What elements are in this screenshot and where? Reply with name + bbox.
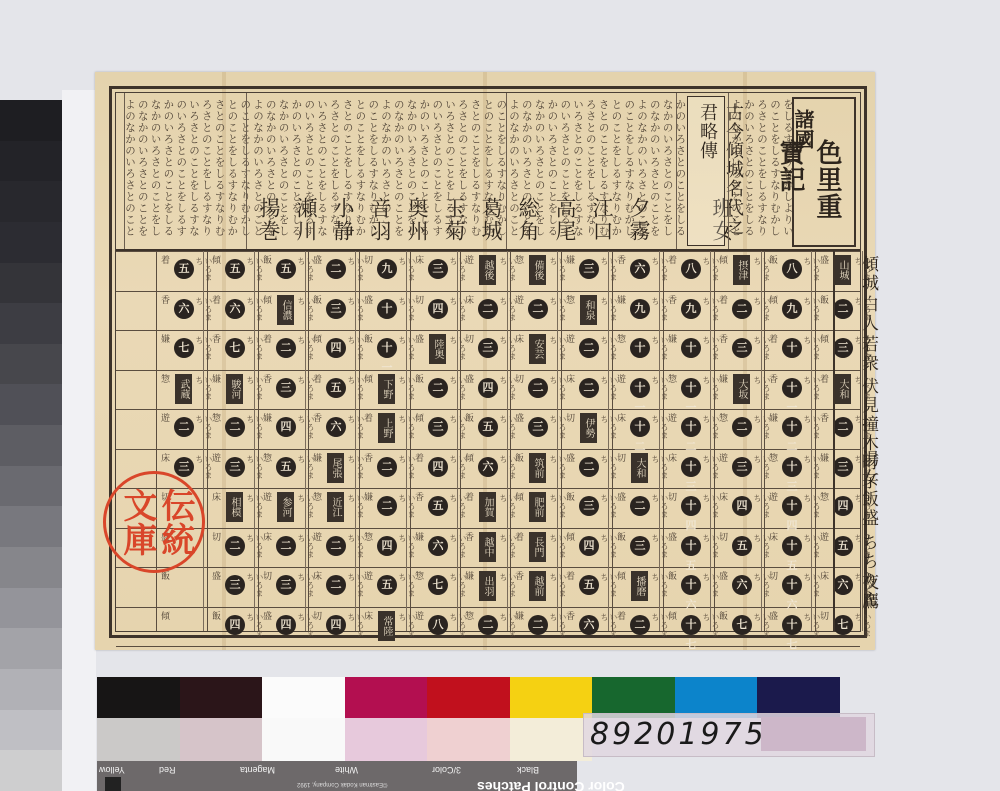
- district-annotation: いろまち: [246, 257, 264, 287]
- numbered-circle-badge: 五: [833, 536, 853, 556]
- handwritten-text-column: のことをしるすなりむかしよりいまにいたるまでけいせいのなだかきものどもをあつめて…: [623, 99, 635, 243]
- numbered-circle-badge: 三: [276, 575, 296, 595]
- district-annotation: いろまち: [702, 415, 720, 445]
- patch-label: Magenta: [240, 765, 275, 775]
- province-name-box: 信濃: [277, 295, 294, 325]
- color-patch: [592, 677, 675, 718]
- numbered-circle-badge: 十二: [630, 417, 650, 437]
- district-annotation: いろまち: [195, 455, 213, 485]
- numbered-circle-badge: 三: [528, 417, 548, 437]
- numbered-circle-badge: 四: [276, 615, 296, 635]
- numbered-circle-badge: 五: [276, 457, 296, 477]
- district-annotation: いろまち: [702, 297, 720, 327]
- handwritten-text-column: いろさとのことをしるすなりむかしよりいまにいたるまでけいせいのなだかきものどもを…: [444, 99, 456, 243]
- numbered-circle-badge: 二: [174, 417, 194, 437]
- cell-category-label: 香: [159, 295, 168, 304]
- catalog-number-strip: 89201975: [583, 713, 875, 757]
- handwritten-text-column: かのいろさとのことをしるすなりむかしよりいまにいたるまでけいせいのなだかきものど…: [418, 99, 430, 243]
- numbered-circle-badge: 二: [732, 417, 752, 437]
- province-name-box: 尾張: [327, 453, 344, 483]
- numbered-circle-badge: 二: [478, 615, 498, 635]
- district-annotation: いろまち: [449, 376, 467, 406]
- district-annotation: いろまち: [499, 376, 517, 406]
- province-name-box: 加賀: [479, 492, 496, 522]
- kodak-logo-icon: [105, 777, 121, 791]
- color-patch: [757, 677, 840, 718]
- numbered-circle-badge: 十四: [782, 496, 802, 516]
- district-annotation: いろまち: [297, 297, 315, 327]
- numbered-circle-badge: 三: [174, 457, 194, 477]
- handwritten-text-column: よのなかのいろさとのことをしるすなりむかしよりいまにいたるまでけいせいのなだかき…: [730, 99, 742, 243]
- cell-category-label: 着: [159, 255, 168, 264]
- numbered-circle-badge: 三: [833, 457, 853, 477]
- numbered-circle-badge: 二: [326, 575, 346, 595]
- title-cartouche: 諸國 色里重寶記: [792, 97, 856, 247]
- district-annotation: いろまち: [600, 297, 618, 327]
- district-annotation: いろまち: [246, 573, 264, 603]
- district-annotation: いろまち: [398, 534, 416, 564]
- province-name-box: 摂津: [733, 255, 750, 285]
- handwritten-text-column: ろさとのことをしるすなりむかしよりいまにいたるまでけいせいのなだかきものどもをあ…: [329, 99, 341, 243]
- handwritten-text-column: なかのいろさとのことをしるすなりむかしよりいまにいたるまでけいせいのなだかきもの…: [278, 99, 290, 243]
- numbered-circle-badge: 二: [732, 299, 752, 319]
- numbered-circle-badge: 二: [833, 299, 853, 319]
- district-annotation: いろまち: [753, 376, 771, 406]
- district-annotation: いろまち: [499, 257, 517, 287]
- numbered-circle-badge: 九: [377, 259, 397, 279]
- district-annotation: いろまち: [600, 336, 618, 366]
- province-name-box: 陸奥: [429, 334, 446, 364]
- district-annotation: いろまち: [449, 297, 467, 327]
- numbered-circle-badge: 二: [579, 457, 599, 477]
- district-annotation: いろまち: [549, 455, 567, 485]
- row-rule: [116, 291, 860, 292]
- numbered-circle-badge: 六: [428, 536, 448, 556]
- district-annotation: いろまち: [499, 336, 517, 366]
- province-name-box: 越中: [479, 532, 496, 562]
- gray-step: [0, 628, 62, 669]
- color-patch: [427, 677, 510, 718]
- cell-category-label: 床: [210, 492, 219, 501]
- gray-step: [0, 669, 62, 710]
- handwritten-text-column: よのなかのいろさとのことをしるすなりむかしよりいまにいたるまでけいせいのなだかき…: [252, 99, 264, 243]
- numbered-circle-badge: 三: [276, 378, 296, 398]
- district-annotation: いろまち: [398, 494, 416, 524]
- district-annotation: いろまち: [347, 376, 365, 406]
- district-annotation: いろまち: [600, 494, 618, 524]
- numbered-circle-badge: 四: [428, 299, 448, 319]
- district-annotation: いろまち: [398, 297, 416, 327]
- grayscale-target: [0, 100, 62, 791]
- district-annotation: いろまち: [549, 613, 567, 643]
- numbered-circle-badge: 二: [276, 536, 296, 556]
- cell-category-label: 切: [210, 532, 219, 541]
- district-annotation: いろまち: [449, 257, 467, 287]
- numbered-circle-badge: 四: [428, 457, 448, 477]
- district-annotation: いろまち: [398, 573, 416, 603]
- numbered-circle-badge: 二: [528, 378, 548, 398]
- district-annotation: いろまち: [297, 415, 315, 445]
- province-name-box: 常陸: [378, 611, 395, 641]
- district-annotation: いろまち: [803, 494, 821, 524]
- numbered-circle-badge: 二: [579, 338, 599, 358]
- kodak-copyright: ©Eastman Kodak Company, 1992: [297, 781, 387, 787]
- category-name: 飯盛: [856, 490, 881, 528]
- district-annotation: いろまち: [347, 613, 365, 643]
- numbered-circle-badge: 七: [732, 615, 752, 635]
- handwritten-text-column: なかのいろさとのことをしるすなりむかしよりいまにいたるまでけいせいのなだかきもの…: [406, 99, 418, 243]
- province-name-box: 肥前: [529, 492, 546, 522]
- numbered-circle-badge: 十一: [630, 378, 650, 398]
- handwritten-text-column: のなかのいろさとのことをしるすなりむかしよりいまにいたるまでけいせいのなだかきも…: [393, 99, 405, 243]
- numbered-circle-badge: 五: [579, 575, 599, 595]
- handwritten-text-column: よのなかのいろさとのことをしるすなりむかしよりいまにいたるまでけいせいのなだかき…: [124, 99, 136, 243]
- district-annotation: いろまち: [651, 573, 669, 603]
- district-annotation: いろまち: [398, 415, 416, 445]
- handwritten-text-column: いろさとのことをしるすなりむかしよりいまにいたるまでけいせいのなだかきものどもを…: [572, 99, 584, 243]
- numbered-circle-badge: 二: [326, 259, 346, 279]
- numbered-circle-badge: 三: [225, 575, 245, 595]
- gray-step: [0, 750, 62, 791]
- color-patch: [97, 677, 180, 718]
- patch-label: White: [335, 765, 358, 775]
- district-annotation: いろまち: [702, 336, 720, 366]
- tint-patch: [180, 718, 263, 761]
- district-annotation: いろまち: [347, 494, 365, 524]
- text-block: 班女夕霧江口高尾総角葛城玉菊奥州音羽小静瀬川揚巻 古今傾城名代之君略傳 諸國 色…: [116, 93, 860, 251]
- color-patch: [675, 677, 758, 718]
- district-annotation: いろまち: [753, 573, 771, 603]
- district-annotation: いろまち: [499, 415, 517, 445]
- category-name: 夜鷹: [856, 573, 881, 611]
- row-rule: [116, 646, 860, 647]
- district-annotation: いろまち: [803, 376, 821, 406]
- numbered-circle-badge: 二: [276, 338, 296, 358]
- district-annotation: いろまち: [297, 376, 315, 406]
- row-rule: [116, 370, 860, 371]
- handwritten-text-column: のなかのいろさとのことをしるすなりむかしよりいまにいたるまでけいせいのなだかきも…: [265, 99, 277, 243]
- handwritten-text-column: さとのことをしるすなりむかしよりいまにいたるまでけいせいのなだかきものどもをあつ…: [214, 99, 226, 243]
- district-annotation: いろまち: [600, 415, 618, 445]
- district-annotation: いろまち: [702, 573, 720, 603]
- numbered-circle-badge: 五: [478, 417, 498, 437]
- row-rule: [116, 567, 860, 568]
- handwritten-text-column: なかのいろさとのことをしるすなりむかしよりいまにいたるまでけいせいのなだかきもの…: [150, 99, 162, 243]
- district-annotation: いろまち: [449, 336, 467, 366]
- handwritten-text-column: ろさとのことをしるすなりむかしよりいまにいたるまでけいせいのなだかきものどもをあ…: [201, 99, 213, 243]
- numbered-circle-badge: 十: [681, 338, 701, 358]
- numbered-circle-badge: 五: [428, 496, 448, 516]
- district-annotation: いろまち: [549, 534, 567, 564]
- district-annotation: いろまち: [803, 336, 821, 366]
- numbered-circle-badge: 九: [782, 299, 802, 319]
- numbered-circle-badge: 十四: [681, 496, 701, 516]
- district-annotation: いろまち: [246, 494, 264, 524]
- column-rule: [124, 93, 125, 249]
- color-patch: [262, 677, 345, 718]
- cell-category-label: 遊: [159, 413, 168, 422]
- handwritten-text-column: よのなかのいろさとのことをしるすなりむかしよりいまにいたるまでけいせいのなだかき…: [508, 99, 520, 243]
- patch-label: Red: [159, 765, 176, 775]
- province-name-box: 武蔵: [175, 374, 192, 404]
- numbered-circle-badge: 四: [732, 496, 752, 516]
- numbered-circle-badge: 八: [681, 259, 701, 279]
- row-rule: [116, 607, 860, 608]
- district-annotation: いろまち: [246, 336, 264, 366]
- cell-category-label: 盛: [210, 571, 219, 580]
- handwritten-text-column: のいろさとのことをしるすなりむかしよりいまにいたるまでけいせいのなだかきものども…: [303, 99, 315, 243]
- district-annotation: いろまち: [803, 613, 821, 643]
- province-name-box: 伊勢: [580, 413, 597, 443]
- handwritten-text-column: かのいろさとのことをしるすなりむかしよりいまにいたるまでけいせいのなだかきものど…: [290, 99, 302, 243]
- district-annotation: いろまち: [499, 494, 517, 524]
- province-name-box: 相模: [226, 492, 243, 522]
- numbered-circle-badge: 二: [478, 299, 498, 319]
- district-annotation: いろまち: [702, 376, 720, 406]
- district-annotation: いろまち: [398, 455, 416, 485]
- handwritten-text-column: のなかのいろさとのことをしるすなりむかしよりいまにいたるまでけいせいのなだかきも…: [521, 99, 533, 243]
- numbered-circle-badge: 十七: [681, 615, 701, 635]
- district-annotation: いろまち: [449, 534, 467, 564]
- numbered-circle-badge: 三: [732, 457, 752, 477]
- district-annotation: いろまち: [854, 613, 872, 643]
- district-annotation: いろまち: [753, 455, 771, 485]
- row-rule: [116, 528, 860, 529]
- numbered-circle-badge: 二: [428, 378, 448, 398]
- district-annotation: いろまち: [803, 297, 821, 327]
- row-rule: [116, 449, 860, 450]
- district-annotation: いろまち: [753, 297, 771, 327]
- cell-category-label: 惣: [159, 374, 168, 383]
- gray-step: [0, 222, 62, 263]
- column-rule: [246, 93, 247, 249]
- tint-patch: [510, 718, 593, 761]
- gray-step: [0, 181, 62, 222]
- woodblock-print-sheet: 班女夕霧江口高尾総角葛城玉菊奥州音羽小静瀬川揚巻 古今傾城名代之君略傳 諸國 色…: [95, 72, 875, 650]
- numbered-circle-badge: 四: [225, 615, 245, 635]
- province-name-box: 安芸: [529, 334, 546, 364]
- handwritten-text-column: かのいろさとのことをしるすなりむかしよりいまにいたるまでけいせいのなだかきものど…: [743, 99, 755, 243]
- numbered-circle-badge: 十一: [681, 378, 701, 398]
- district-annotation: いろまち: [600, 257, 618, 287]
- numbered-circle-badge: 三: [833, 338, 853, 358]
- numbered-circle-badge: 六: [225, 299, 245, 319]
- district-annotation: いろまち: [246, 534, 264, 564]
- cell-category-label: 嫌: [159, 334, 168, 343]
- district-annotation: いろまち: [449, 494, 467, 524]
- district-annotation: いろまち: [449, 455, 467, 485]
- district-annotation: いろまち: [297, 455, 315, 485]
- district-annotation: いろまち: [702, 613, 720, 643]
- category-name: 白人: [856, 295, 881, 333]
- numbered-circle-badge: 四: [579, 536, 599, 556]
- catalog-number: 89201975: [590, 714, 767, 756]
- district-annotation: いろまち: [347, 297, 365, 327]
- handwritten-text-column: さとのことをしるすなりむかしよりいまにいたるまでけいせいのなだかきものどもをあつ…: [470, 99, 482, 243]
- handwritten-text-column: のなかのいろさとのことをしるすなりむかしよりいまにいたるまでけいせいのなだかきも…: [649, 99, 661, 243]
- handwritten-text-column: さとのことをしるすなりむかしよりいまにいたるまでけいせいのなだかきものどもをあつ…: [598, 99, 610, 243]
- row-rule: [116, 409, 860, 410]
- numbered-circle-badge: 五: [377, 575, 397, 595]
- color-patch: [180, 677, 263, 718]
- district-annotation: いろまち: [246, 376, 264, 406]
- gray-step: [0, 547, 62, 588]
- subtitle-cartouche: 古今傾城名代之君略傳: [687, 96, 725, 246]
- numbered-circle-badge: 十: [630, 338, 650, 358]
- numbered-circle-badge: 十五: [681, 536, 701, 556]
- district-annotation: いろまち: [651, 494, 669, 524]
- numbered-circle-badge: 七: [225, 338, 245, 358]
- district-annotation: いろまち: [297, 494, 315, 524]
- numbered-circle-badge: 五: [276, 259, 296, 279]
- district-annotation: いろまち: [297, 336, 315, 366]
- district-annotation: いろまち: [702, 534, 720, 564]
- column-rule: [833, 251, 835, 631]
- district-annotation: いろまち: [651, 297, 669, 327]
- district-annotation: いろまち: [600, 573, 618, 603]
- patch-title: Color Control Patches: [477, 779, 625, 791]
- district-annotation: いろまち: [195, 297, 213, 327]
- district-annotation: いろまち: [549, 494, 567, 524]
- district-annotation: いろまち: [753, 336, 771, 366]
- numbered-circle-badge: 十: [782, 338, 802, 358]
- category-name: 湯女: [856, 450, 881, 488]
- patch-label: Yellow: [99, 765, 125, 775]
- numbered-circle-badge: 七: [174, 338, 194, 358]
- handwritten-text-column: なかのいろさとのことをしるすなりむかしよりいまにいたるまでけいせいのなだかきもの…: [662, 99, 674, 243]
- district-annotation: いろまち: [600, 376, 618, 406]
- district-annotation: いろまち: [651, 613, 669, 643]
- gray-step: [0, 506, 62, 547]
- numbered-circle-badge: 二: [528, 615, 548, 635]
- handwritten-text-column: いろさとのことをしるすなりむかしよりいまにいたるまでけいせいのなだかきものどもを…: [316, 99, 328, 243]
- mount-board: [62, 90, 96, 791]
- numbered-circle-badge: 十六: [782, 575, 802, 595]
- district-annotation: いろまち: [499, 573, 517, 603]
- district-annotation: いろまち: [297, 613, 315, 643]
- numbered-circle-badge: 八: [428, 615, 448, 635]
- provinces-grid: 盛山城いろまち飯二いろまち傾三いろまち着大和いろまち香二いろまち嫌三いろまち惣四…: [116, 251, 860, 631]
- numbered-circle-badge: 二: [833, 417, 853, 437]
- numbered-circle-badge: 四: [478, 378, 498, 398]
- numbered-circle-badge: 二: [528, 299, 548, 319]
- district-annotation: いろまち: [651, 534, 669, 564]
- district-annotation: いろまち: [297, 257, 315, 287]
- district-annotation: いろまち: [753, 257, 771, 287]
- cell-category-label: 飯: [210, 611, 219, 620]
- numbered-circle-badge: 五: [732, 536, 752, 556]
- numbered-circle-badge: 六: [326, 417, 346, 437]
- numbered-circle-badge: 二: [377, 457, 397, 477]
- numbered-circle-badge: 三: [428, 259, 448, 279]
- gray-step: [0, 384, 62, 425]
- district-annotation: いろまち: [246, 297, 264, 327]
- handwritten-text-column: よのなかのいろさとのことをしるすなりむかしよりいまにいたるまでけいせいのなだかき…: [380, 99, 392, 243]
- province-name-box: 上野: [378, 413, 395, 443]
- red-collector-seal: 伝統文庫: [103, 471, 205, 573]
- province-name-box: 山城: [834, 255, 851, 285]
- tint-patch: [97, 718, 180, 761]
- handwritten-text-column: かのいろさとのことをしるすなりむかしよりいまにいたるまでけいせいのなだかきものど…: [546, 99, 558, 243]
- numbered-circle-badge: 七: [428, 575, 448, 595]
- district-annotation: いろまち: [651, 376, 669, 406]
- gray-step: [0, 100, 62, 141]
- numbered-circle-badge: 六: [174, 299, 194, 319]
- numbered-circle-badge: 十一: [782, 378, 802, 398]
- district-annotation: いろまち: [398, 613, 416, 643]
- numbered-circle-badge: 九: [681, 299, 701, 319]
- column-rule: [676, 93, 677, 249]
- patch-label: Black: [517, 765, 539, 775]
- handwritten-text-column: かのいろさとのことをしるすなりむかしよりいまにいたるまでけいせいのなだかきものど…: [162, 99, 174, 243]
- district-annotation: いろまち: [803, 573, 821, 603]
- gray-step: [0, 344, 62, 385]
- district-annotation: いろまち: [449, 573, 467, 603]
- province-name-box: 播磨: [631, 571, 648, 601]
- province-name-box: 参河: [277, 492, 294, 522]
- handwritten-text-column: とのことをしるすなりむかしよりいまにいたるまでけいせいのなだかきものどもをあつめ…: [610, 99, 622, 243]
- color-patch: [345, 677, 428, 718]
- handwritten-text-column: をしるすなりむかしよりいまにいたるまでけいせいのなだかきものどもをあつめてよのな…: [782, 99, 794, 243]
- numbered-circle-badge: 四: [377, 536, 397, 556]
- gray-step: [0, 425, 62, 466]
- district-annotation: いろまち: [246, 415, 264, 445]
- numbered-circle-badge: 四: [326, 615, 346, 635]
- district-annotation: いろまち: [702, 455, 720, 485]
- gray-step: [0, 263, 62, 304]
- district-annotation: いろまち: [347, 257, 365, 287]
- numbered-circle-badge: 十一: [377, 338, 397, 358]
- district-annotation: いろまち: [803, 455, 821, 485]
- cell-category-label: 床: [159, 453, 168, 462]
- handwritten-text-column: のいろさとのことをしるすなりむかしよりいまにいたるまでけいせいのなだかきものども…: [431, 99, 443, 243]
- gray-step: [0, 466, 62, 507]
- numbered-circle-badge: 三: [732, 338, 752, 358]
- numbered-circle-badge: 十六: [681, 575, 701, 595]
- district-annotation: いろまち: [651, 336, 669, 366]
- province-name-box: 筑前: [529, 453, 546, 483]
- handwritten-text-column: のことをしるすなりむかしよりいまにいたるまでけいせいのなだかきものどもをあつめて…: [769, 99, 781, 243]
- gray-step: [0, 710, 62, 751]
- handwritten-text-column: のいろさとのことをしるすなりむかしよりいまにいたるまでけいせいのなだかきものども…: [175, 99, 187, 243]
- cell-category-label: 傾: [159, 611, 168, 620]
- district-annotation: いろまち: [600, 455, 618, 485]
- numbered-circle-badge: 二: [630, 615, 650, 635]
- row-rule: [116, 251, 860, 252]
- province-name-box: 備後: [529, 255, 546, 285]
- numbered-circle-badge: 二: [630, 496, 650, 516]
- district-annotation: いろまち: [549, 415, 567, 445]
- district-annotation: いろまち: [549, 257, 567, 287]
- numbered-circle-badge: 五: [174, 259, 194, 279]
- district-annotation: いろまち: [753, 415, 771, 445]
- numbered-circle-badge: 八: [782, 259, 802, 279]
- handwritten-text-column: ろさとのことをしるすなりむかしよりいまにいたるまでけいせいのなだかきものどもをあ…: [457, 99, 469, 243]
- district-annotation: いろまち: [803, 534, 821, 564]
- district-annotation: いろまち: [753, 613, 771, 643]
- color-patch: [510, 677, 593, 718]
- numbered-circle-badge: 十二: [681, 417, 701, 437]
- numbered-circle-badge: 二: [377, 496, 397, 516]
- district-annotation: いろまち: [398, 376, 416, 406]
- numbered-circle-badge: 十五: [782, 536, 802, 556]
- column-rule: [728, 93, 729, 249]
- district-annotation: いろまち: [499, 297, 517, 327]
- handwritten-text-column: ろさとのことをしるすなりむかしよりいまにいたるまでけいせいのなだかきものどもをあ…: [756, 99, 768, 243]
- numbered-circle-badge: 四: [276, 417, 296, 437]
- numbered-circle-badge: 二: [225, 417, 245, 437]
- numbered-circle-badge: 十二: [782, 417, 802, 437]
